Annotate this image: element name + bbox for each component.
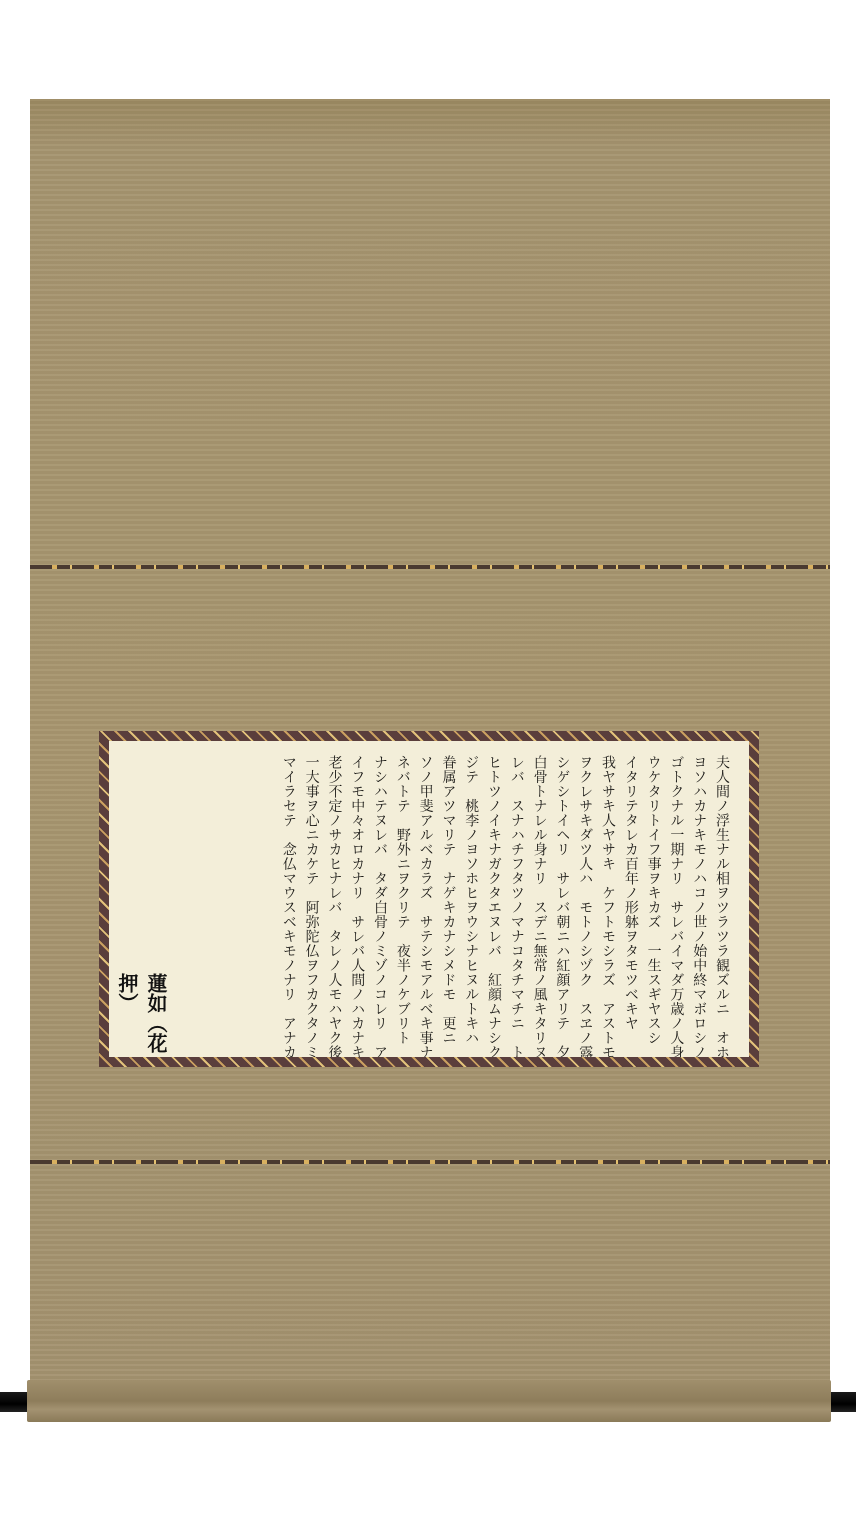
text-column: ヲクレサキダツ人ハ モトノシヅク スヱノ露ヨリモ	[575, 755, 594, 1045]
text-column: 白骨トナレル身ナリ スデニ無常ノ風キタリヌ	[530, 755, 549, 1045]
text-column: 一大事ヲ心ニカケテ 阿弥陀仏ヲフカクタノミ	[302, 755, 321, 1045]
bottom-roller	[0, 1380, 856, 1420]
calligraphy-text: 夫人間ノ浮生ナル相ヲツラツラ観ズルニ オホ ヨソハカナキモノハコノ世ノ始中終マボ…	[279, 755, 731, 1045]
text-column: 眷属アツマリテ ナゲキカナシメドモ 更ニ	[439, 755, 458, 1045]
text-column: ソノ甲斐アルベカラズ サテシモアルベキ事ナラ	[416, 755, 435, 1045]
text-column: ネバトテ 野外ニヲクリテ 夜半ノケブリト	[393, 755, 412, 1045]
text-column: ヨソハカナキモノハコノ世ノ始中終マボロシノ	[689, 755, 708, 1045]
signature-kao: 蓮如（花押）	[113, 973, 171, 1057]
text-column: 老少不定ノサカヒナレバ タレノ人モハヤク後生ノ	[325, 755, 344, 1045]
roller-cloth	[27, 1380, 831, 1422]
text-column: ナシハテヌレバ タダ白骨ノミゾノコレリ アハレト	[370, 755, 389, 1045]
text-column: ヒトツノイキナガクタエヌレバ 紅顔ムナシク変	[484, 755, 503, 1045]
text-column: レバ スナハチフタツノマナコタチマチニ トヂ	[507, 755, 526, 1045]
upper-ichimonji-strip	[30, 565, 830, 569]
text-column: イフモ中々オロカナリ サレバ人間ノハカナキ事ハ	[347, 755, 366, 1045]
text-column: ジテ 桃李ノヨソホヒヲウシナヒヌルトキハ 六親	[461, 755, 480, 1045]
text-column: ゴトクナル一期ナリ サレバイマダ万歳ノ人身ヲ	[667, 755, 686, 1045]
text-column: シゲシトイヘリ サレバ朝ニハ紅顔アリテ 夕ニハ	[553, 755, 572, 1045]
text-column: 我ヤサキ人ヤサキ ケフトモシラズ アストモシラズ	[598, 755, 617, 1045]
text-column: マイラセテ 念仏マウスベキモノナリ アナカシコアナカシコ	[279, 755, 298, 1045]
text-column: イタリテタレカ百年ノ形躰ヲタモツベキヤ	[621, 755, 640, 1045]
lower-ichimonji-strip	[30, 1160, 830, 1164]
text-column: 夫人間ノ浮生ナル相ヲツラツラ観ズルニ オホ	[712, 755, 731, 1045]
calligraphy-paper: 夫人間ノ浮生ナル相ヲツラツラ観ズルニ オホ ヨソハカナキモノハコノ世ノ始中終マボ…	[109, 741, 749, 1057]
text-column: ウケタリトイフ事ヲキカズ 一生スギヤスシ イマニ	[644, 755, 663, 1045]
